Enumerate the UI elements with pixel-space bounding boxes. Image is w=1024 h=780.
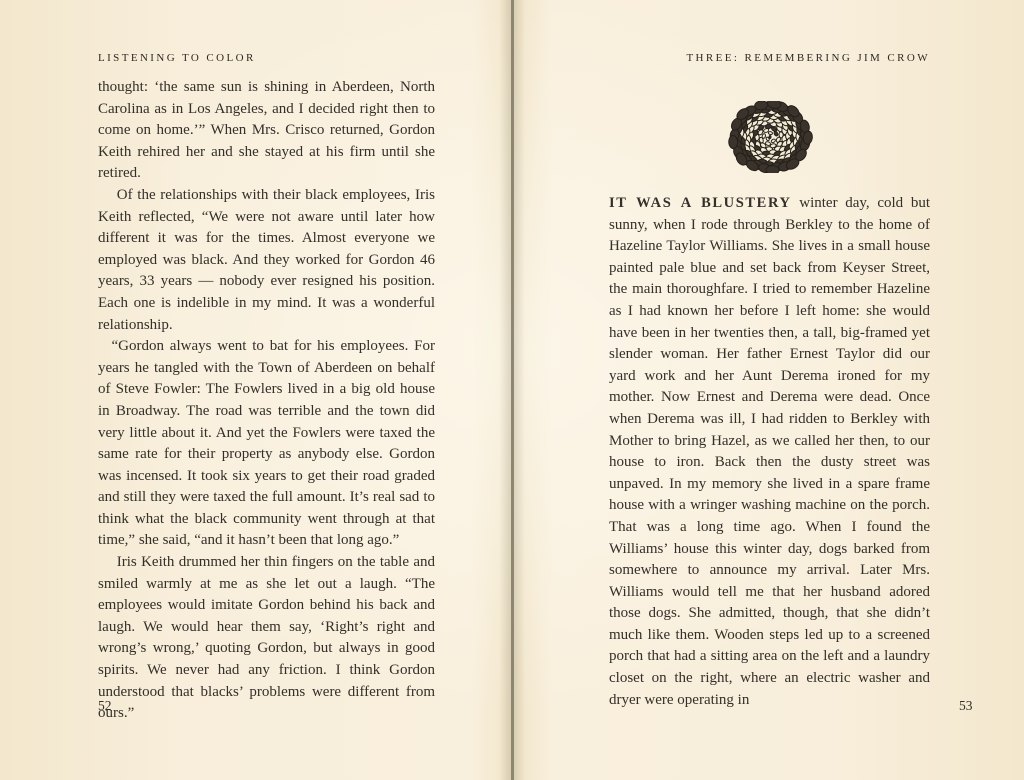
- right-page: THREE: REMEMBERING JIM CROW IT WAS A BLU…: [609, 52, 930, 711]
- chapter-ornament-icon: [727, 101, 813, 173]
- body-paragraph: thought: ‘the same sun is shining in Abe…: [98, 77, 435, 185]
- book-gutter: [499, 0, 525, 780]
- gutter-line: [511, 0, 514, 780]
- left-page: LISTENING TO COLOR thought: ‘the same su…: [98, 52, 435, 725]
- left-page-body: thought: ‘the same sun is shining in Abe…: [98, 77, 435, 725]
- running-header-right: THREE: REMEMBERING JIM CROW: [609, 52, 930, 64]
- body-paragraph: Iris Keith drummed her thin fingers on t…: [98, 552, 435, 725]
- page-number-right: 53: [959, 698, 973, 714]
- body-paragraph: Of the relationships with their black em…: [98, 185, 435, 336]
- page-number-left: 52: [98, 698, 112, 714]
- running-header-left: LISTENING TO COLOR: [98, 52, 435, 64]
- body-paragraph: “Gordon always went to bat for his emplo…: [98, 336, 435, 552]
- right-page-body: IT WAS A BLUSTERY winter day, cold but s…: [609, 193, 930, 711]
- book-spread: LISTENING TO COLOR thought: ‘the same su…: [0, 0, 1024, 780]
- body-paragraph-text: winter day, cold but sunny, when I rode …: [609, 195, 930, 708]
- body-paragraph: IT WAS A BLUSTERY winter day, cold but s…: [609, 193, 930, 711]
- chapter-lead-in: IT WAS A BLUSTERY: [609, 195, 792, 211]
